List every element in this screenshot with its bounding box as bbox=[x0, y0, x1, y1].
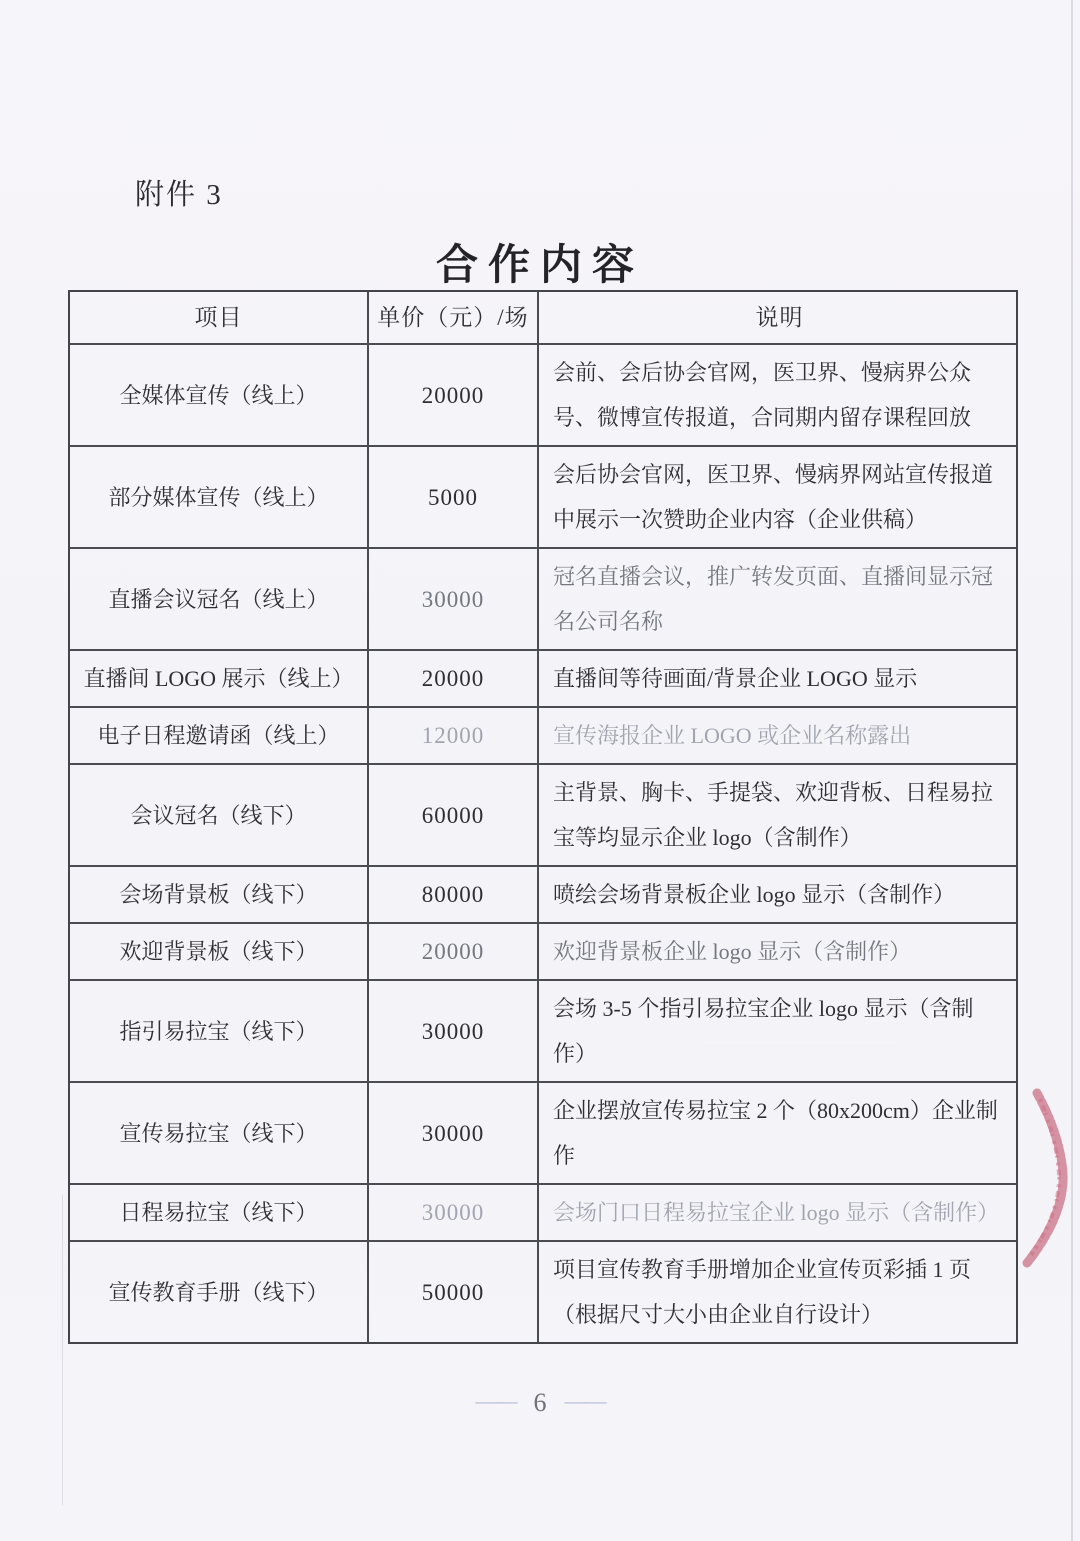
item-name-cell: 电子日程邀请函（线上） bbox=[70, 708, 367, 763]
table-row: 直播会议冠名（线上） 30000 冠名直播会议，推广转发页面、直播间显示冠名公司… bbox=[70, 547, 1016, 649]
item-name-cell: 直播间 LOGO 展示（线上） bbox=[70, 651, 367, 706]
description-cell: 项目宣传教育手册增加企业宣传页彩插 1 页（根据尺寸大小由企业自行设计） bbox=[537, 1242, 1016, 1342]
header-item: 项目 bbox=[70, 292, 367, 343]
unit-price-cell: 30000 bbox=[367, 981, 537, 1081]
item-name-cell: 指引易拉宝（线下） bbox=[70, 981, 367, 1081]
table-row: 宣传易拉宝（线下） 30000 企业摆放宣传易拉宝 2 个（80x200cm）企… bbox=[70, 1081, 1016, 1183]
table-body: 全媒体宣传（线上） 20000 会前、会后协会官网，医卫界、慢病界公众号、微博宣… bbox=[70, 343, 1016, 1342]
header-unit-price: 单价（元）/场 bbox=[367, 292, 537, 343]
attachment-label: 附件 3 bbox=[135, 172, 223, 213]
item-name-cell: 直播会议冠名（线上） bbox=[70, 549, 367, 649]
unit-price-cell: 30000 bbox=[367, 549, 537, 649]
unit-price-cell: 30000 bbox=[367, 1083, 537, 1183]
item-name-cell: 部分媒体宣传（线上） bbox=[70, 447, 367, 547]
table-row: 宣传教育手册（线下） 50000 项目宣传教育手册增加企业宣传页彩插 1 页（根… bbox=[70, 1240, 1016, 1342]
page-number: 6 bbox=[534, 1388, 547, 1417]
unit-price-cell: 20000 bbox=[367, 924, 537, 979]
table-row: 欢迎背景板（线下） 20000 欢迎背景板企业 logo 显示（含制作） bbox=[70, 922, 1016, 979]
table-row: 全媒体宣传（线上） 20000 会前、会后协会官网，医卫界、慢病界公众号、微博宣… bbox=[70, 343, 1016, 445]
table-header-row: 项目 单价（元）/场 说明 bbox=[70, 292, 1016, 343]
header-description: 说明 bbox=[537, 292, 1016, 343]
item-name-cell: 会场背景板（线下） bbox=[70, 867, 367, 922]
footer-dash-right: —— bbox=[565, 1388, 605, 1413]
table-row: 会场背景板（线下） 80000 喷绘会场背景板企业 logo 显示（含制作） bbox=[70, 865, 1016, 922]
unit-price-cell: 20000 bbox=[367, 345, 537, 445]
item-name-cell: 全媒体宣传（线上） bbox=[70, 345, 367, 445]
item-name-cell: 宣传教育手册（线下） bbox=[70, 1242, 367, 1342]
table-row: 直播间 LOGO 展示（线上） 20000 直播间等待画面/背景企业 LOGO … bbox=[70, 649, 1016, 706]
description-cell: 主背景、胸卡、手提袋、欢迎背板、日程易拉宝等均显示企业 logo（含制作） bbox=[537, 765, 1016, 865]
unit-price-cell: 50000 bbox=[367, 1242, 537, 1342]
description-cell: 宣传海报企业 LOGO 或企业名称露出 bbox=[537, 708, 1016, 763]
unit-price-cell: 20000 bbox=[367, 651, 537, 706]
cooperation-table: 项目 单价（元）/场 说明 全媒体宣传（线上） 20000 会前、会后协会官网，… bbox=[68, 290, 1018, 1344]
unit-price-cell: 5000 bbox=[367, 447, 537, 547]
scan-artifact-line bbox=[62, 1195, 63, 1505]
unit-price-cell: 80000 bbox=[367, 867, 537, 922]
description-cell: 欢迎背景板企业 logo 显示（含制作） bbox=[537, 924, 1016, 979]
unit-price-cell: 30000 bbox=[367, 1185, 537, 1240]
item-name-cell: 会议冠名（线下） bbox=[70, 765, 367, 865]
item-name-cell: 欢迎背景板（线下） bbox=[70, 924, 367, 979]
description-cell: 会场 3-5 个指引易拉宝企业 logo 显示（含制作） bbox=[537, 981, 1016, 1081]
page-title: 合作内容 bbox=[0, 232, 1080, 292]
description-cell: 会后协会官网，医卫界、慢病界网站宣传报道中展示一次赞助企业内容（企业供稿） bbox=[537, 447, 1016, 547]
item-name-cell: 日程易拉宝（线下） bbox=[70, 1185, 367, 1240]
description-cell: 喷绘会场背景板企业 logo 显示（含制作） bbox=[537, 867, 1016, 922]
table-row: 会议冠名（线下） 60000 主背景、胸卡、手提袋、欢迎背板、日程易拉宝等均显示… bbox=[70, 763, 1016, 865]
description-cell: 会场门口日程易拉宝企业 logo 显示（含制作） bbox=[537, 1185, 1016, 1240]
footer-dash-left: —— bbox=[476, 1388, 516, 1413]
table-row: 电子日程邀请函（线上） 12000 宣传海报企业 LOGO 或企业名称露出 bbox=[70, 706, 1016, 763]
table-row: 日程易拉宝（线下） 30000 会场门口日程易拉宝企业 logo 显示（含制作） bbox=[70, 1183, 1016, 1240]
table-row: 指引易拉宝（线下） 30000 会场 3-5 个指引易拉宝企业 logo 显示（… bbox=[70, 979, 1016, 1081]
unit-price-cell: 12000 bbox=[367, 708, 537, 763]
description-cell: 直播间等待画面/背景企业 LOGO 显示 bbox=[537, 651, 1016, 706]
page-footer: ——6—— bbox=[0, 1388, 1080, 1418]
description-cell: 企业摆放宣传易拉宝 2 个（80x200cm）企业制作 bbox=[537, 1083, 1016, 1183]
item-name-cell: 宣传易拉宝（线下） bbox=[70, 1083, 367, 1183]
description-cell: 冠名直播会议，推广转发页面、直播间显示冠名公司名称 bbox=[537, 549, 1016, 649]
unit-price-cell: 60000 bbox=[367, 765, 537, 865]
description-cell: 会前、会后协会官网，医卫界、慢病界公众号、微博宣传报道，合同期内留存课程回放 bbox=[537, 345, 1016, 445]
table-row: 部分媒体宣传（线上） 5000 会后协会官网，医卫界、慢病界网站宣传报道中展示一… bbox=[70, 445, 1016, 547]
